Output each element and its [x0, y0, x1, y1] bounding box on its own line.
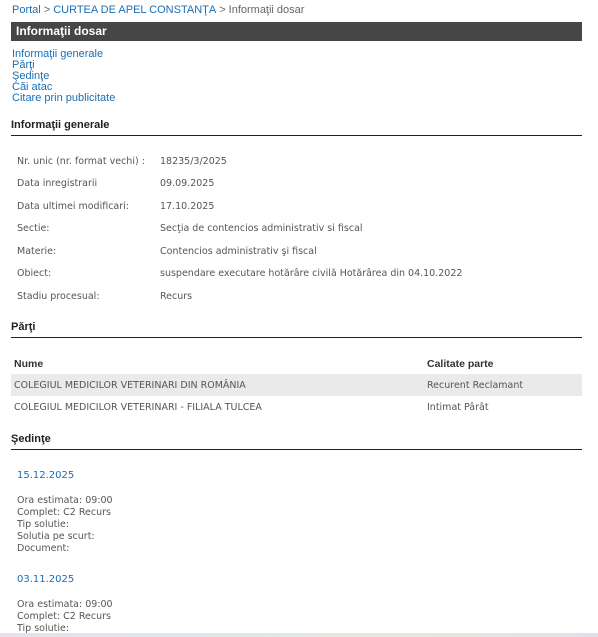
info-label: Obiect:	[17, 268, 51, 279]
hearing-panel: Complet: C2 Recurs	[17, 507, 113, 519]
table-row: COLEGIUL MEDICILOR VETERINARI DIN ROMÂNI…	[11, 374, 582, 396]
party-name: COLEGIUL MEDICILOR VETERINARI - FILIALA …	[11, 396, 424, 418]
hearing-solution-type: Tip solutie:	[17, 519, 113, 531]
party-role: Recurent Reclamant	[424, 374, 582, 396]
column-header-nume: Nume	[11, 353, 424, 374]
hearing-time: Ora estimata: 09:00	[17, 599, 113, 611]
breadcrumb: Portal>CURTEA DE APEL CONSTANŢA>Informaţ…	[12, 4, 304, 16]
table-header-row: Nume Calitate parte	[11, 353, 582, 374]
hearing-date: 03.11.2025	[17, 574, 113, 585]
page-title: Informaţii dosar	[11, 22, 582, 41]
info-label: Sectie:	[17, 223, 50, 234]
breadcrumb-separator: >	[44, 4, 50, 16]
parti-table: Nume Calitate parte COLEGIUL MEDICILOR V…	[11, 353, 582, 418]
info-value: Secţia de contencios administrativ si fi…	[160, 223, 363, 234]
nav-link-citare-publicitate[interactable]: Citare prin publicitate	[12, 93, 115, 104]
column-header-calitate: Calitate parte	[424, 353, 582, 374]
info-label: Data ultimei modificari:	[17, 201, 129, 212]
hearing-details: Ora estimata: 09:00 Complet: C2 Recurs T…	[17, 599, 113, 635]
breadcrumb-separator: >	[219, 4, 225, 16]
info-value: 18235/3/2025	[160, 156, 227, 167]
section-heading-sedinte: Şedinţe	[11, 433, 582, 450]
hearing-time: Ora estimata: 09:00	[17, 495, 113, 507]
breadcrumb-current: Informaţii dosar	[229, 4, 305, 16]
window-bottom-edge	[0, 633, 598, 637]
hearing-item: 03.11.2025 Ora estimata: 09:00 Complet: …	[17, 574, 113, 635]
hearing-details: Ora estimata: 09:00 Complet: C2 Recurs T…	[17, 495, 113, 555]
hearing-panel: Complet: C2 Recurs	[17, 611, 113, 623]
info-label: Stadiu procesual:	[17, 291, 100, 302]
hearing-item: 15.12.2025 Ora estimata: 09:00 Complet: …	[17, 470, 113, 555]
info-value: suspendare executare hotărâre civilă Hot…	[160, 268, 462, 279]
table-row: COLEGIUL MEDICILOR VETERINARI - FILIALA …	[11, 396, 582, 418]
info-label: Nr. unic (nr. format vechi) :	[17, 156, 145, 167]
hearing-document: Document:	[17, 543, 113, 555]
party-role: Intimat Pârât	[424, 396, 582, 418]
section-heading-parti: Părţi	[11, 321, 582, 338]
party-name: COLEGIUL MEDICILOR VETERINARI DIN ROMÂNI…	[11, 374, 424, 396]
info-label: Materie:	[17, 246, 56, 257]
breadcrumb-portal-link[interactable]: Portal	[12, 4, 41, 16]
info-label: Data inregistrarii	[17, 178, 97, 189]
hearing-solution-summary: Solutia pe scurt:	[17, 531, 113, 543]
info-value: 17.10.2025	[160, 201, 214, 212]
breadcrumb-court-link[interactable]: CURTEA DE APEL CONSTANŢA	[53, 4, 216, 16]
info-value: Contencios administrativ şi fiscal	[160, 246, 317, 257]
info-value: 09.09.2025	[160, 178, 214, 189]
info-value: Recurs	[160, 291, 192, 302]
hearing-date: 15.12.2025	[17, 470, 113, 481]
section-heading-general: Informaţii generale	[11, 119, 582, 136]
section-nav: Informaţii generale Părţi Şedinţe Căi at…	[12, 49, 115, 104]
